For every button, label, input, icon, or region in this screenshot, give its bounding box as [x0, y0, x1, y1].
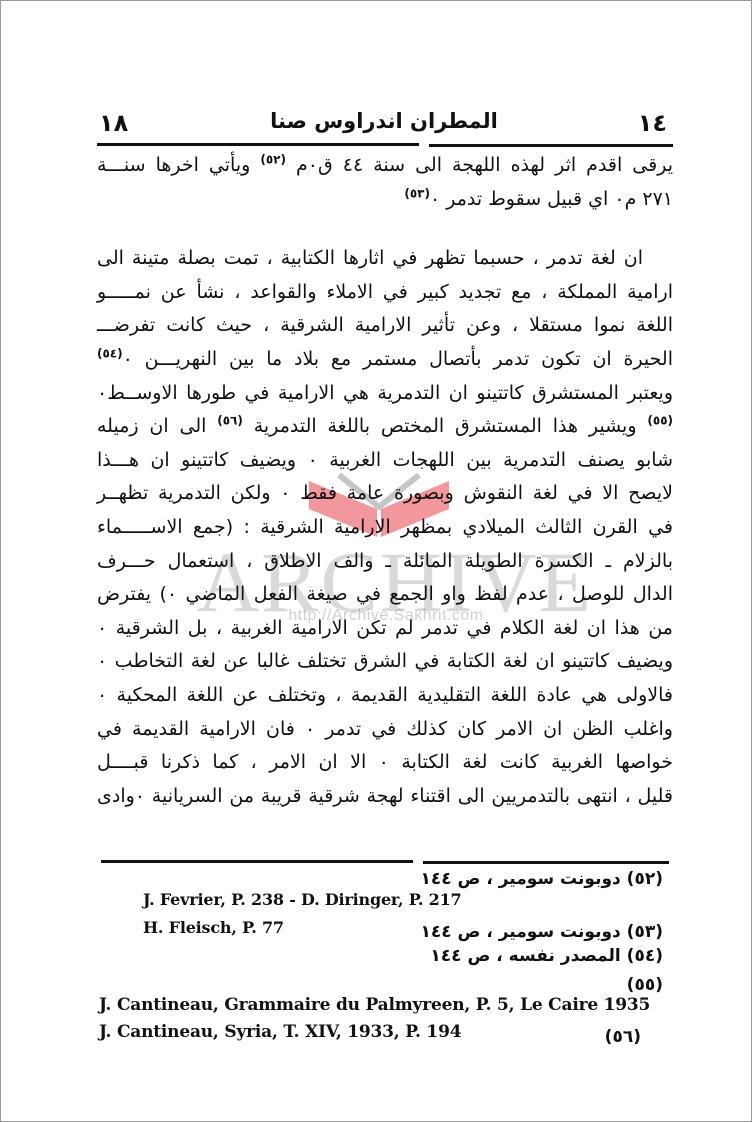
text-line: في القرن الثالث الميلادي بمظهر الارامية …: [97, 511, 673, 545]
footnote-56-arabic: (٥٦): [605, 1027, 641, 1047]
body-text: يرقى اقدم اثر لهذه اللهجة الى سنة ٤٤ ق٠م…: [97, 149, 673, 813]
header-rule-left: [97, 143, 419, 146]
text-line: ٢٧١ م٠ اي قبيل سقوط تدمر ٠(٥٣): [97, 183, 673, 217]
text-line: فالاولى هي عادة اللغة التقليدية القديمة …: [97, 679, 673, 713]
text-line: الدال للوصل ، عدم لفظ واو الجمع في صيغة …: [97, 578, 673, 612]
text-line: ارامية المملكة ، مع تجديد كبير في الاملا…: [97, 276, 673, 310]
text-line: من هذا ان لغة الكلام في تدمر لم تكن الار…: [97, 612, 673, 646]
running-head: ١٨ المطران اندراوس صنا ١٤: [97, 109, 671, 141]
header-rule-right: [429, 144, 673, 147]
footnote-ref[interactable]: (٥٣): [404, 186, 430, 200]
running-title: المطران اندراوس صنا: [97, 109, 671, 133]
text-line: يرقى اقدم اثر لهذه اللهجة الى سنة ٤٤ ق٠م…: [97, 149, 673, 183]
footnote-ref[interactable]: (٥٥): [647, 414, 673, 428]
footnote-54-arabic: (٥٤) المصدر نفسه ، ص ١٤٤: [430, 946, 663, 966]
text-line: لايصح الا في لغة النقوش وبصورة عامة فقط …: [97, 477, 673, 511]
text-line: (٥٥) ويشير هذا المستشرق المختص باللغة ال…: [97, 410, 673, 444]
paragraph-gap: [97, 216, 673, 242]
footnote-52-arabic: (٥٢) دوبونت سومير ، ص ١٤٤: [420, 869, 663, 889]
text-line: بالزلام ـ الكسرة الطويلة المائلة ـ والف …: [97, 545, 673, 579]
text-line: قليل ، انتهى بالتدمريين الى اقتناء لهجة …: [97, 780, 673, 814]
footnote-rule-right: [423, 861, 669, 864]
text-line: ان لغة تدمر ، حسبما تظهر في اثارها الكتا…: [97, 242, 673, 276]
footnote-ref[interactable]: (٥٢): [260, 153, 286, 167]
footnote-ref[interactable]: (٥٤): [97, 347, 123, 361]
page-number-right: ١٤: [638, 109, 667, 137]
text-line: ويضيف كاتتينو ان لغة الكتابة في الشرق تخ…: [97, 645, 673, 679]
text-line: خواصها الغربية كانت لغة الكتابة ٠ الا ان…: [97, 746, 673, 780]
footnote-56-latin: J. Cantineau, Syria, T. XIV, 1933, P. 19…: [99, 1022, 461, 1042]
footnote-55-latin: J. Cantineau, Grammaire du Palmyreen, P.…: [99, 995, 650, 1015]
footnote-53-latin: H. Fleisch, P. 77: [143, 918, 284, 937]
page: ١٨ المطران اندراوس صنا ١٤ ARCHIVE http:/…: [0, 0, 752, 1122]
footnote-ref[interactable]: (٥٦): [217, 414, 243, 428]
text-line: شابو يصنف التدمرية بين اللهجات الغربية ٠…: [97, 444, 673, 478]
footnote-53-arabic: (٥٣) دوبونت سومير ، ص ١٤٤: [420, 922, 663, 942]
text-line: ويعتبر المستشرق كاتتينو ان التدمرية هي ا…: [97, 377, 673, 411]
footnote-55-arabic: (٥٥): [627, 975, 663, 995]
text-line: واغلب الظن ان الامر كان كذلك في تدمر ٠ ف…: [97, 713, 673, 747]
text-line: اللغة نموا مستقلا ، وعن تأثير الارامية ا…: [97, 309, 673, 343]
footnote-52-latin: J. Fevrier, P. 238 - D. Diringer, P. 217: [143, 890, 461, 909]
footnote-rule-left: [101, 860, 413, 863]
text-line: الحيرة ان تكون تدمر بأتصال مستمر مع بلاد…: [97, 343, 673, 377]
